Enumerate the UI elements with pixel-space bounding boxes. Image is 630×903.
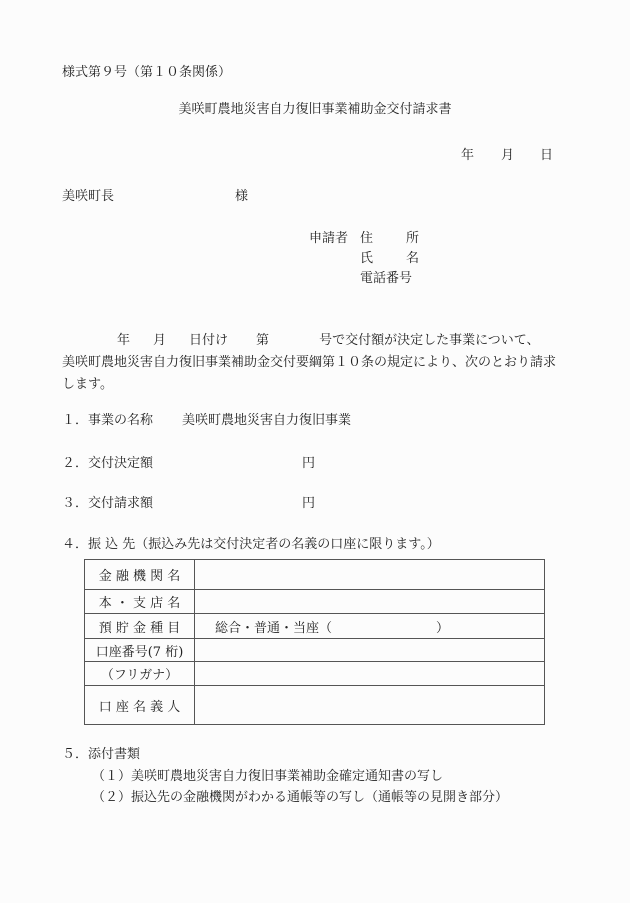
bank-account-table: 金 融 機 関 名 本 ・ 支 店 名 預 貯 金 種 目 総合・普通・当座（ … <box>84 559 545 725</box>
table-row: （フリガナ） <box>85 662 545 686</box>
account-number-label: 口座番号(7 桁) <box>85 639 195 662</box>
form-number: 様式第９号（第１０条関係） <box>62 66 231 79</box>
item-project-name-value: 美咲町農地災害自力復旧事業 <box>182 414 351 427</box>
applicant-phone-label: 電話番号 <box>360 272 412 285</box>
item-transfer-destination-label: ４．振 込 先（振込み先は交付決定者の名義の口座に限ります。） <box>62 538 440 551</box>
item-decided-amount-label: ２．交付決定額 <box>62 457 153 470</box>
furigana-label: （フリガナ） <box>85 662 195 686</box>
request-body: 年月日付け第号で交付額が決定した事業について、 美咲町農地災害自力復旧事業補助金… <box>62 330 572 396</box>
account-type-label: 預 貯 金 種 目 <box>85 614 195 639</box>
furigana-field[interactable] <box>195 662 545 686</box>
bank-name-field[interactable] <box>195 560 545 590</box>
bank-name-label: 金 融 機 関 名 <box>85 560 195 590</box>
item-requested-amount-unit: 円 <box>302 497 315 510</box>
table-row: 口座番号(7 桁) <box>85 639 545 662</box>
account-type-field[interactable]: 総合・普通・当座（ ） <box>195 614 545 639</box>
table-row: 口 座 名 義 人 <box>85 686 545 725</box>
attachment-item-1: （１）美咲町農地災害自力復旧事業補助金確定通知書の写し <box>92 770 443 783</box>
addressee-honorific: 様 <box>235 190 248 203</box>
date-month: 月 <box>501 149 514 162</box>
date-year: 年 <box>461 149 474 162</box>
attachments-heading: ５．添付書類 <box>62 748 140 761</box>
addressee-name: 美咲町長 <box>62 190 114 203</box>
attachment-item-2: （２）振込先の金融機関がわかる通帳等の写し（通帳等の見開き部分） <box>92 791 508 804</box>
body-line-2: 美咲町農地災害自力復旧事業補助金交付要綱第１０条の規定により、次のとおり請求 <box>62 352 572 374</box>
branch-name-label: 本 ・ 支 店 名 <box>85 590 195 614</box>
account-number-field[interactable] <box>195 639 545 662</box>
date-day: 日 <box>540 149 553 162</box>
applicant-label: 申請者 <box>309 232 348 245</box>
body-line-1: 年月日付け第号で交付額が決定した事業について、 <box>62 330 572 352</box>
body-line-3: します。 <box>62 374 572 396</box>
item-decided-amount-unit: 円 <box>302 457 315 470</box>
table-row: 本 ・ 支 店 名 <box>85 590 545 614</box>
table-row: 金 融 機 関 名 <box>85 560 545 590</box>
branch-name-field[interactable] <box>195 590 545 614</box>
account-holder-label: 口 座 名 義 人 <box>85 686 195 725</box>
account-holder-field[interactable] <box>195 686 545 725</box>
table-row: 預 貯 金 種 目 総合・普通・当座（ ） <box>85 614 545 639</box>
applicant-name-label: 氏名 <box>360 252 419 265</box>
item-requested-amount-label: ３．交付請求額 <box>62 497 153 510</box>
document-title: 美咲町農地災害自力復旧事業補助金交付請求書 <box>0 103 630 116</box>
applicant-address-label: 住所 <box>360 232 419 245</box>
item-project-name-label: １．事業の名称 <box>62 414 153 427</box>
